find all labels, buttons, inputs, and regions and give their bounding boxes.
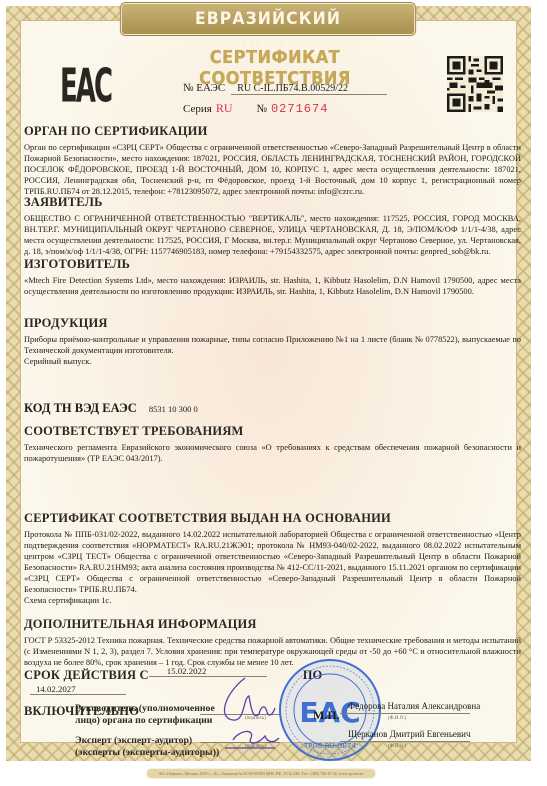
seal-label: М.П. xyxy=(313,708,340,723)
section-text: Технического регламента Евразийского эко… xyxy=(24,442,521,464)
section-basis: СЕРТИФИКАТ СООТВЕТСТВИЯ ВЫДАН НА ОСНОВАН… xyxy=(24,511,521,606)
validity-to-date: 14.02.2027 xyxy=(30,684,126,695)
hs-code-value: 8531 10 300 0 xyxy=(149,404,198,414)
section-title: СЕРТИФИКАТ СООТВЕТСТВИЯ ВЫДАН НА ОСНОВАН… xyxy=(24,511,521,526)
series-value: RU xyxy=(216,101,233,115)
expert-name: Щерканов Дмитрий Евгеньевич xyxy=(348,729,471,739)
hs-code-label: КОД ТН ВЭД ЕАЭС xyxy=(24,401,137,415)
section-text: ОБЩЕСТВО С ОГРАНИЧЕННОЙ ОТВЕТСТВЕННОСТЬЮ… xyxy=(24,213,521,257)
section-text: Приборы приёмно-контрольные и управления… xyxy=(24,334,521,356)
union-banner: ЕВРАЗИЙСКИЙ ЭКОНОМИЧЕСКИЙ СОЮЗ xyxy=(121,3,415,35)
expert-label-line1: Эксперт (эксперт-аудитор) xyxy=(75,735,219,747)
section-certification-body: ОРГАН ПО СЕРТИФИКАЦИИ Орган по сертифика… xyxy=(24,124,521,197)
registration-number-row: № ЕАЭСRU C-IL.ПБ74.В.00529/22 xyxy=(183,82,387,95)
head-fio-caption: (Ф.И.О.) xyxy=(388,716,406,721)
section-title: ДОПОЛНИТЕЛЬНАЯ ИНФОРМАЦИЯ xyxy=(24,617,521,632)
section-title: СООТВЕТСТВУЕТ ТРЕБОВАНИЯМ xyxy=(24,424,521,439)
section-title: ПРОДУКЦИЯ xyxy=(24,316,521,331)
section-text: Протокола № ППБ-031/02-2022, выданного 1… xyxy=(24,529,521,595)
section-text-scheme: Схема сертификации 1с. xyxy=(24,595,521,606)
section-text: «Mtech Fire Detection Systems Ltd», мест… xyxy=(24,275,521,297)
validity-from-label: СРОК ДЕЙСТВИЯ С xyxy=(24,668,149,682)
section-title: ЗАЯВИТЕЛЬ xyxy=(24,195,521,210)
blank-number-label: № xyxy=(256,103,267,115)
head-label-line2: лицо) органа по сертификации xyxy=(75,715,215,727)
expert-label: Эксперт (эксперт-аудитор) (эксперты (экс… xyxy=(75,735,219,759)
section-product: ПРОДУКЦИЯ Приборы приёмно-контрольные и … xyxy=(24,316,521,367)
section-manufacturer: ИЗГОТОВИТЕЛЬ «Mtech Fire Detection Syste… xyxy=(24,257,521,297)
section-additional-info: ДОПОЛНИТЕЛЬНАЯ ИНФОРМАЦИЯ ГОСТ Р 53325-2… xyxy=(24,617,521,668)
registration-label: № ЕАЭС xyxy=(183,82,225,94)
expert-fio-caption: (Ф.И.О.) xyxy=(388,744,406,749)
eac-logo-icon: ЕАС xyxy=(60,60,89,118)
section-text: ГОСТ Р 53325-2012 Техника пожарная. Техн… xyxy=(24,635,521,668)
section-text-serial: Серийный выпуск. xyxy=(24,356,521,367)
printer-footer: АО «Опцион», Москва, 2019 г., «Б», Лицен… xyxy=(146,768,376,779)
head-label-line1: Руководитель (уполномоченное xyxy=(75,703,215,715)
series-label: Серия xyxy=(183,103,212,115)
head-label: Руководитель (уполномоченное лицо) орган… xyxy=(75,703,215,727)
section-text: Орган по сертификации «СЗРЦ СЕРТ» Общест… xyxy=(24,142,521,197)
qr-code-icon[interactable] xyxy=(447,56,503,112)
section-title: ИЗГОТОВИТЕЛЬ xyxy=(24,257,521,272)
section-requirements: СООТВЕТСТВУЕТ ТРЕБОВАНИЯМ Технического р… xyxy=(24,424,521,464)
section-title: ОРГАН ПО СЕРТИФИКАЦИИ xyxy=(24,124,521,139)
expert-name-line xyxy=(340,741,470,742)
registration-number: RU C-IL.ПБ74.В.00529/22 xyxy=(231,83,387,95)
blank-number: 0271674 xyxy=(271,102,328,116)
section-applicant: ЗАЯВИТЕЛЬ ОБЩЕСТВО С ОГРАНИЧЕННОЙ ОТВЕТС… xyxy=(24,195,521,257)
series-row: СерияRU№0271674 xyxy=(183,101,328,116)
head-name-line xyxy=(340,713,470,714)
section-hs-code: КОД ТН ВЭД ЕАЭС8531 10 300 0 xyxy=(24,399,521,417)
head-name: Федорова Наталия Александровна xyxy=(348,701,480,711)
expert-label-line2: (эксперты (эксперты-аудиторы)) xyxy=(75,747,219,759)
svg-text:ТРПБ.RU.ПБ74: ТРПБ.RU.ПБ74 xyxy=(303,742,357,750)
